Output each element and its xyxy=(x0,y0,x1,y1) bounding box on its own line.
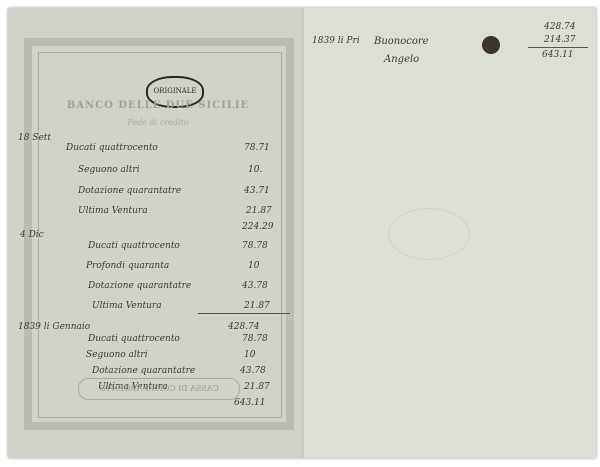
entry-amount: 21.87 xyxy=(244,301,270,311)
entry-date: 4 Dic xyxy=(20,230,44,240)
entry-desc: Ultima Ventura xyxy=(92,301,162,311)
entry-date: 1839 li Gennaio xyxy=(18,322,90,332)
signature: Angelo xyxy=(384,54,419,65)
entry-desc: Profondi quaranta xyxy=(86,261,169,271)
entry-desc: Dotazione quarantatre xyxy=(92,366,195,376)
entry-desc: Ultima Ventura xyxy=(78,206,148,216)
entry-amount: 10 xyxy=(244,350,255,360)
document-sheet: ORIGINALE BANCO DELLE DUE SICILIE Fede d… xyxy=(8,8,596,458)
entry-amount: 428.74 xyxy=(228,322,260,332)
sum-line xyxy=(528,47,588,48)
left-page: ORIGINALE BANCO DELLE DUE SICILIE Fede d… xyxy=(8,8,304,458)
entry-date: 18 Sett xyxy=(18,133,51,143)
entry-desc: Seguono altri xyxy=(78,165,140,175)
payee-name: Buonocore xyxy=(374,36,429,47)
entry-amount: 78.78 xyxy=(242,241,268,251)
entry-amount: 10 xyxy=(248,261,259,271)
right-amount: 428.74 xyxy=(544,22,576,32)
entry-total: 643.11 xyxy=(234,398,266,408)
entry-desc: Ducati quattrocento xyxy=(66,143,158,153)
entry-amount: 10. xyxy=(248,165,262,175)
entry-desc: Dotazione quarantatre xyxy=(78,186,181,196)
watermark xyxy=(388,208,470,260)
printed-banner: CASSA DI CORSO ARGENTO xyxy=(78,378,240,400)
entry-amount: 21.87 xyxy=(244,382,270,392)
entry-amount: 43.71 xyxy=(244,186,270,196)
entry-desc: Ducati quattrocento xyxy=(88,334,180,344)
printed-subheader: Fede di credito xyxy=(68,118,248,127)
entry-desc: Dotazione quarantatre xyxy=(88,281,191,291)
entry-subtotal: 224.29 xyxy=(242,222,274,232)
right-total: 643.11 xyxy=(542,50,574,60)
entry-amount: 78.71 xyxy=(244,143,270,153)
printed-header: BANCO DELLE DUE SICILIE xyxy=(58,100,258,111)
entry-desc: Seguono altri xyxy=(86,350,148,360)
entry-amount: 43.78 xyxy=(242,281,268,291)
right-date: 1839 li Pri xyxy=(312,36,360,46)
entry-amount: 43.78 xyxy=(240,366,266,376)
sum-line xyxy=(198,313,290,314)
right-amount: 214.37 xyxy=(544,35,576,45)
wax-seal xyxy=(482,36,500,54)
entry-amount: 21.87 xyxy=(246,206,272,216)
entry-desc: Ducati quattrocento xyxy=(88,241,180,251)
entry-amount: 78.78 xyxy=(242,334,268,344)
